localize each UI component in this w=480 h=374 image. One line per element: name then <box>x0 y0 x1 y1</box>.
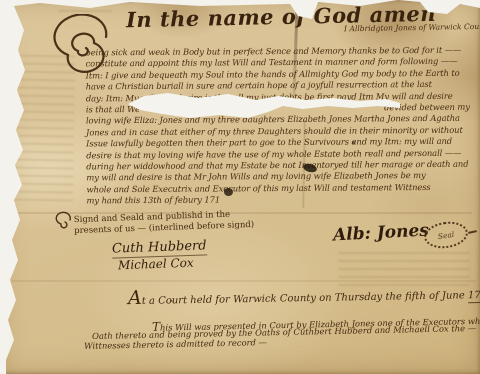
court-heading-text: At a Court held for Warwick County on Th… <box>128 290 468 307</box>
testator-signature: Alb: Jones <box>333 221 430 246</box>
ink-speck <box>352 141 355 144</box>
court-year: 1713 <box>468 290 480 303</box>
testator-name-line: I Allbridgton Jones of Warwick County <box>344 22 480 34</box>
photo-background: In the name of God amen I Allbridgton Jo… <box>0 0 480 374</box>
ink-blot <box>224 188 233 196</box>
seal-flourish <box>468 230 477 234</box>
date-line: my hand this 13th of febury 171 <box>86 193 480 207</box>
will-body-text: being sick and weak in Body but in perfe… <box>85 45 480 207</box>
seal: Seal <box>422 219 469 251</box>
seal-label: Seal <box>437 229 455 240</box>
court-record-heading: At a Court held for Warwick County on Th… <box>128 281 480 309</box>
ink-speck <box>170 300 173 302</box>
document-paper: In the name of God amen I Allbridgton Jo… <box>0 0 480 374</box>
attestation-spiral-flourish-icon <box>52 210 76 234</box>
witness-signature-2: Michael Cox <box>118 256 194 273</box>
